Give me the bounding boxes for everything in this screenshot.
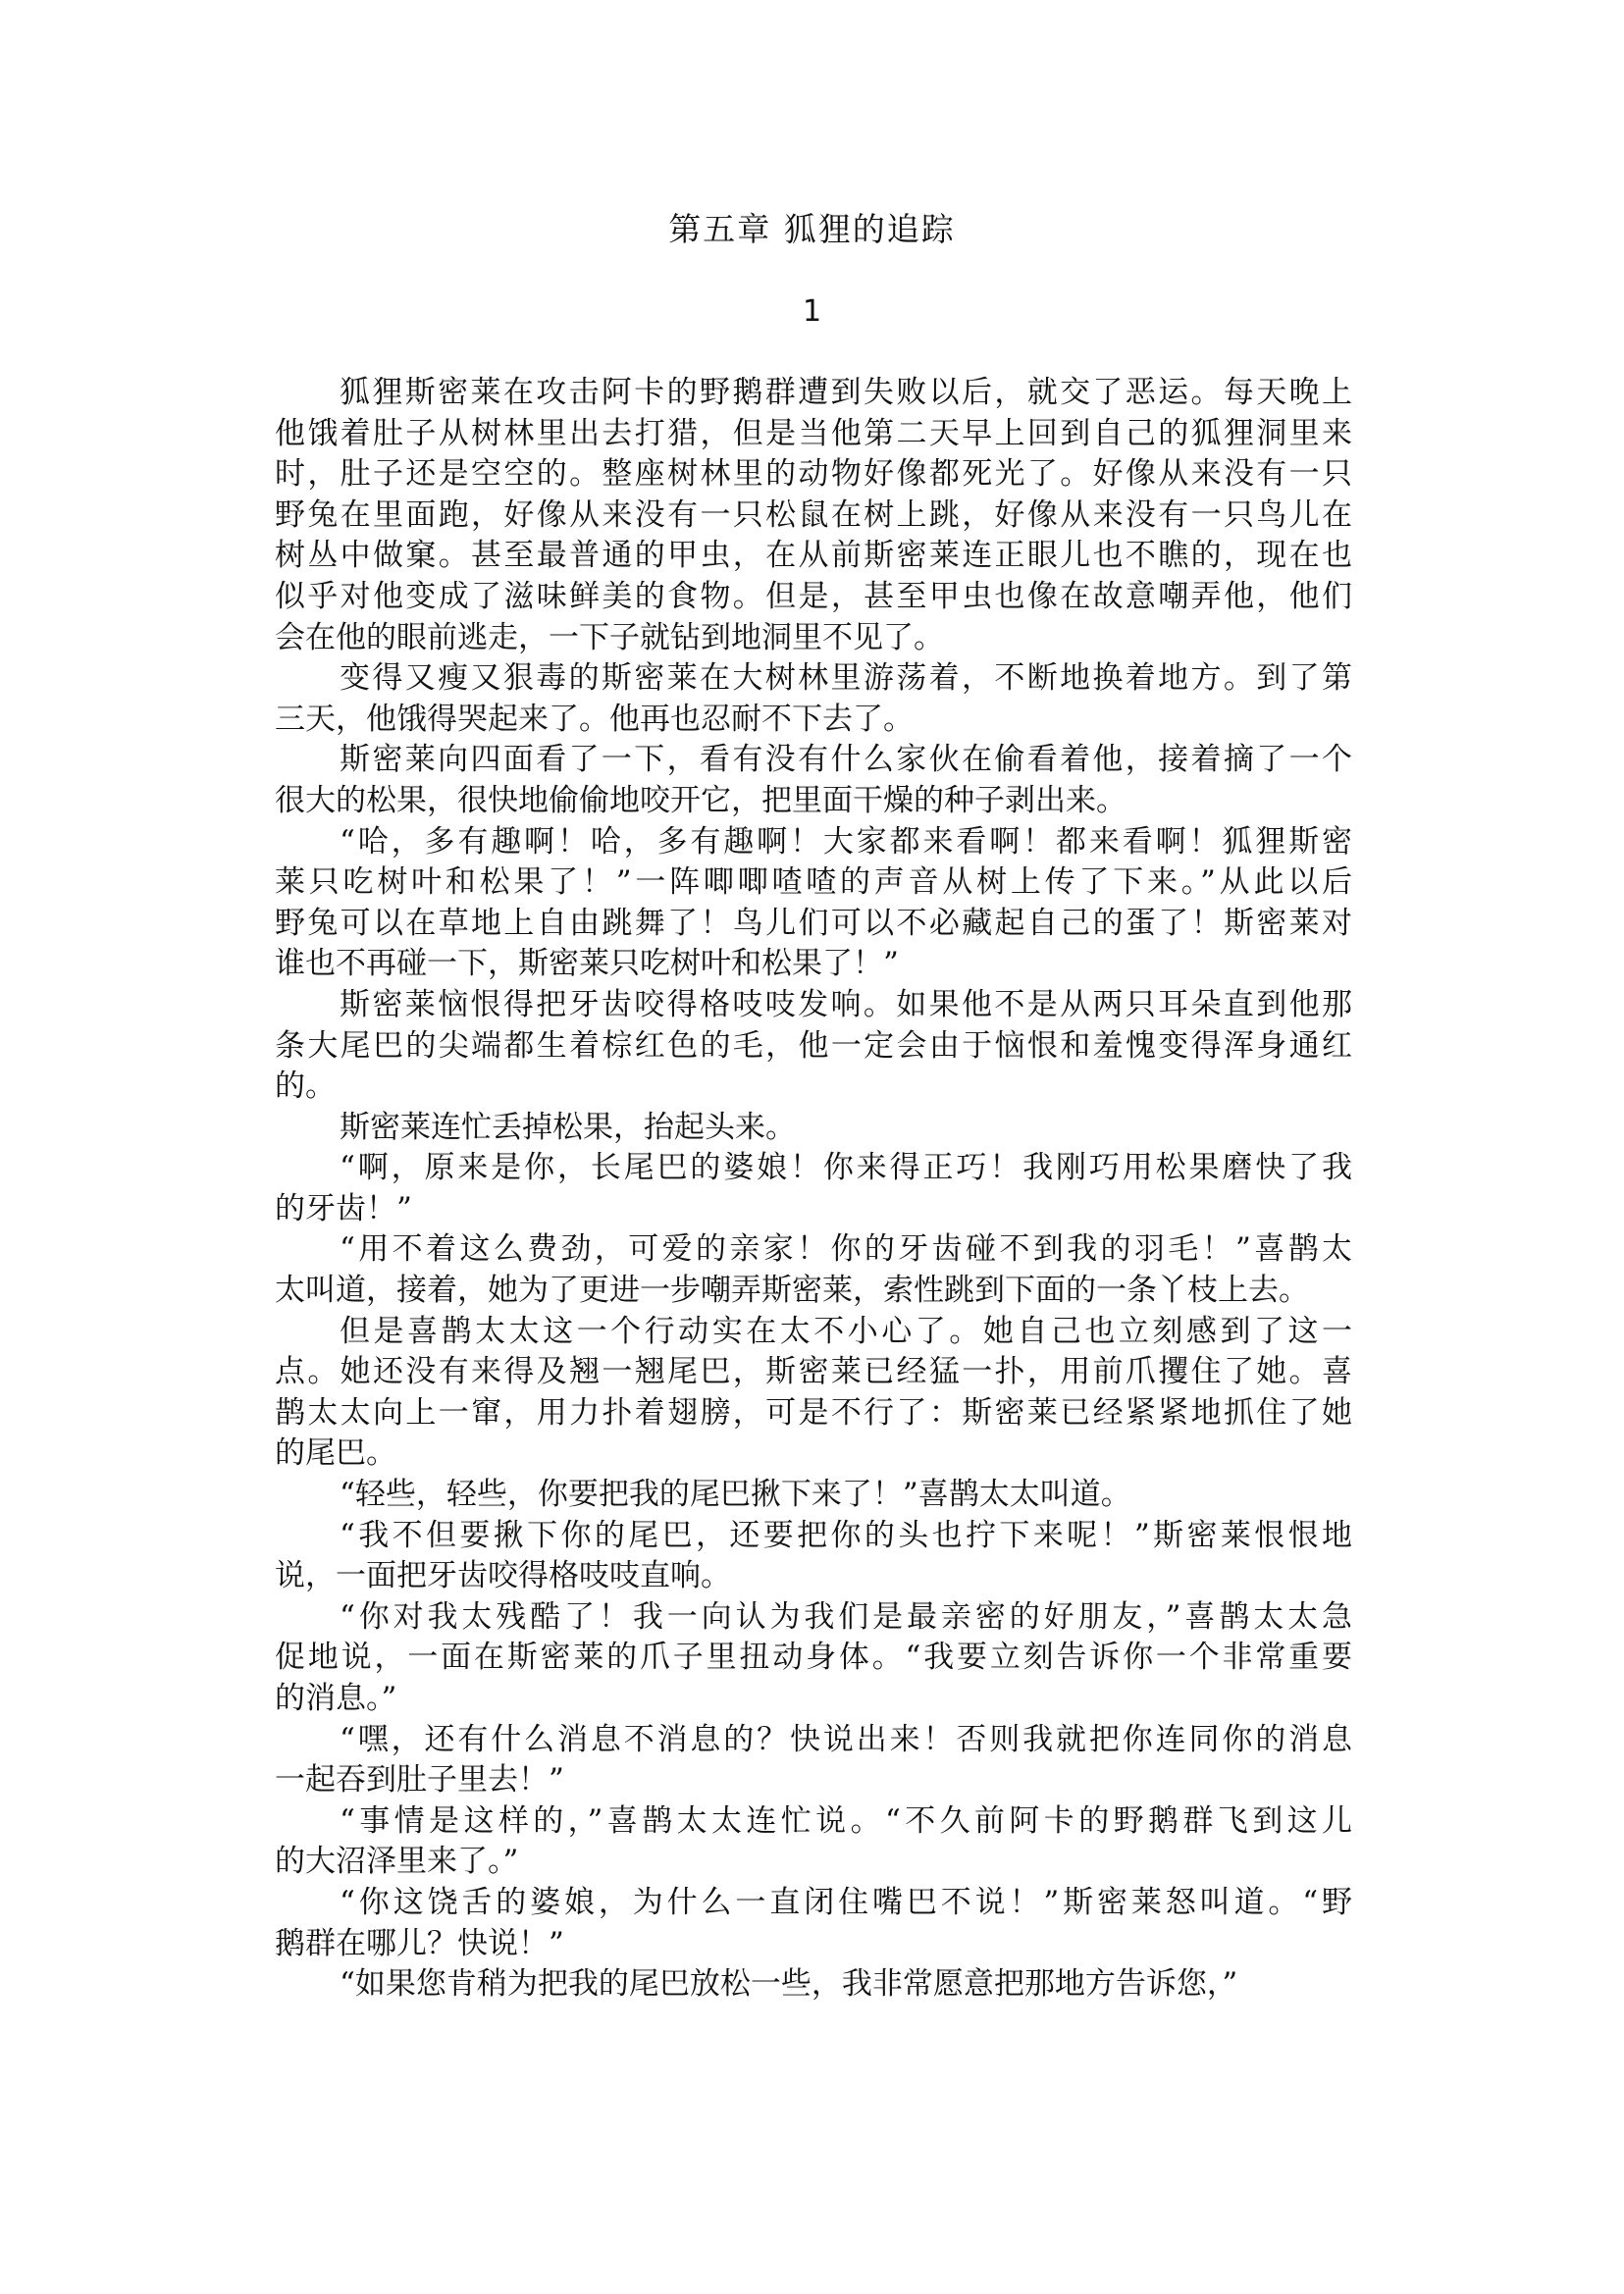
text-line: “轻些，轻些，你要把我的尾巴揪下来了！”喜鹊太太叫道。 [275,1475,1352,1516]
text-line: 的消息。” [275,1679,1352,1720]
text-line: 的。 [275,1067,1352,1108]
chapter-title: 第五章 狐狸的追踪 [0,204,1624,250]
text-line: 鹊太太向上一窜，用力扑着翅膀，可是不行了：斯密莱已经紧紧地抓住了她 [275,1393,1352,1434]
text-line: 鹅群在哪儿？快说！” [275,1924,1352,1965]
text-line: 谁也不再碰一下，斯密莱只吃树叶和松果了！” [275,944,1352,985]
paragraph: 变得又瘦又狠毒的斯密莱在大树林里游荡着，不断地换着地方。到了第三天，他饿得哭起来… [275,658,1352,740]
text-line: “我不但要揪下你的尾巴，还要把你的头也拧下来呢！”斯密莱恨恨地 [275,1516,1352,1557]
text-line: 时，肚子还是空空的。整座树林里的动物好像都死光了。好像从来没有一只 [275,454,1352,495]
text-line: 但是喜鹊太太这一个行动实在太不小心了。她自己也立刻感到了这一 [275,1312,1352,1353]
paragraph: 斯密莱向四面看了一下，看有没有什么家伙在偷看着他，接着摘了一个很大的松果，很快地… [275,740,1352,821]
paragraph: “哈，多有趣啊！哈，多有趣啊！大家都来看啊！都来看啊！狐狸斯密莱只吃树叶和松果了… [275,822,1352,985]
text-line: “你这饶舌的婆娘，为什么一直闭住嘴巴不说！”斯密莱怒叫道。“野 [275,1883,1352,1924]
text-line: 似乎对他变成了滋味鲜美的食物。但是，甚至甲虫也像在故意嘲弄他，他们 [275,577,1352,618]
text-line: 斯密莱连忙丢掉松果，抬起头来。 [275,1108,1352,1149]
paragraph: “轻些，轻些，你要把我的尾巴揪下来了！”喜鹊太太叫道。 [275,1475,1352,1516]
text-line: 他饿着肚子从树林里出去打猎，但是当他第二天早上回到自己的狐狸洞里来 [275,414,1352,455]
paragraph: “如果您肯稍为把我的尾巴放松一些，我非常愿意把那地方告诉您，” [275,1964,1352,2006]
paragraph: “你对我太残酷了！我一向认为我们是最亲密的好朋友，”喜鹊太太急促地说，一面在斯密… [275,1597,1352,1720]
text-line: 狐狸斯密莱在攻击阿卡的野鹅群遭到失败以后，就交了恶运。每天晚上 [275,373,1352,414]
text-line: 的牙齿！” [275,1189,1352,1230]
text-line: 野兔可以在草地上自由跳舞了！鸟儿们可以不必藏起自己的蛋了！斯密莱对 [275,904,1352,945]
text-line: 斯密莱恼恨得把牙齿咬得格吱吱发响。如果他不是从两只耳朵直到他那 [275,985,1352,1026]
text-line: “嘿，还有什么消息不消息的？快说出来！否则我就把你连同你的消息 [275,1720,1352,1761]
text-line: 会在他的眼前逃走，一下子就钻到地洞里不见了。 [275,618,1352,659]
text-line: 的大沼泽里来了。” [275,1842,1352,1883]
text-line: 一起吞到肚子里去！” [275,1760,1352,1801]
text-line: 三天，他饿得哭起来了。他再也忍耐不下去了。 [275,700,1352,741]
paragraph: 但是喜鹊太太这一个行动实在太不小心了。她自己也立刻感到了这一点。她还没有来得及翘… [275,1312,1352,1475]
text-line: “啊，原来是你，长尾巴的婆娘！你来得正巧！我刚巧用松果磨快了我 [275,1148,1352,1189]
text-line: “你对我太残酷了！我一向认为我们是最亲密的好朋友，”喜鹊太太急 [275,1597,1352,1639]
text-line: 野兔在里面跑，好像从来没有一只松鼠在树上跳，好像从来没有一只鸟儿在 [275,495,1352,537]
text-line: “哈，多有趣啊！哈，多有趣啊！大家都来看啊！都来看啊！狐狸斯密 [275,822,1352,863]
text-line: 莱只吃树叶和松果了！”一阵唧唧喳喳的声音从树上传了下来。”从此以后 [275,862,1352,904]
text-line: 太叫道，接着，她为了更进一步嘲弄斯密莱，索性跳到下面的一条丫枝上去。 [275,1271,1352,1312]
text-line: “用不着这么费劲，可爱的亲家！你的牙齿碰不到我的羽毛！”喜鹊太 [275,1229,1352,1271]
section-number: 1 [0,294,1624,329]
text-line: “如果您肯稍为把我的尾巴放松一些，我非常愿意把那地方告诉您，” [275,1964,1352,2006]
paragraph: “啊，原来是你，长尾巴的婆娘！你来得正巧！我刚巧用松果磨快了我的牙齿！” [275,1148,1352,1229]
paragraph: 斯密莱连忙丢掉松果，抬起头来。 [275,1108,1352,1149]
text-line: 的尾巴。 [275,1434,1352,1475]
body-text: 狐狸斯密莱在攻击阿卡的野鹅群遭到失败以后，就交了恶运。每天晚上他饿着肚子从树林里… [275,373,1352,2006]
paragraph: “你这饶舌的婆娘，为什么一直闭住嘴巴不说！”斯密莱怒叫道。“野鹅群在哪儿？快说！… [275,1883,1352,1964]
paragraph: 斯密莱恼恨得把牙齿咬得格吱吱发响。如果他不是从两只耳朵直到他那条大尾巴的尖端都生… [275,985,1352,1108]
text-line: 条大尾巴的尖端都生着棕红色的毛，他一定会由于恼恨和羞愧变得浑身通红 [275,1026,1352,1068]
text-line: 斯密莱向四面看了一下，看有没有什么家伙在偷看着他，接着摘了一个 [275,740,1352,781]
paragraph: “我不但要揪下你的尾巴，还要把你的头也拧下来呢！”斯密莱恨恨地说，一面把牙齿咬得… [275,1516,1352,1597]
paragraph: “事情是这样的，”喜鹊太太连忙说。“不久前阿卡的野鹅群飞到这儿的大沼泽里来了。” [275,1801,1352,1883]
text-line: 促地说，一面在斯密莱的爪子里扭动身体。“我要立刻告诉你一个非常重要 [275,1638,1352,1679]
text-line: “事情是这样的，”喜鹊太太连忙说。“不久前阿卡的野鹅群飞到这儿 [275,1801,1352,1843]
paragraph: 狐狸斯密莱在攻击阿卡的野鹅群遭到失败以后，就交了恶运。每天晚上他饿着肚子从树林里… [275,373,1352,658]
text-line: 很大的松果，很快地偷偷地咬开它，把里面干燥的种子剥出来。 [275,781,1352,822]
paragraph: “嘿，还有什么消息不消息的？快说出来！否则我就把你连同你的消息一起吞到肚子里去！… [275,1720,1352,1801]
text-line: 点。她还没有来得及翘一翘尾巴，斯密莱已经猛一扑，用前爪攫住了她。喜 [275,1352,1352,1393]
paragraph: “用不着这么费劲，可爱的亲家！你的牙齿碰不到我的羽毛！”喜鹊太太叫道，接着，她为… [275,1229,1352,1311]
text-line: 树丛中做窠。甚至最普通的甲虫，在从前斯密莱连正眼儿也不瞧的，现在也 [275,536,1352,577]
text-line: 变得又瘦又狠毒的斯密莱在大树林里游荡着，不断地换着地方。到了第 [275,658,1352,700]
text-line: 说，一面把牙齿咬得格吱吱直响。 [275,1556,1352,1597]
